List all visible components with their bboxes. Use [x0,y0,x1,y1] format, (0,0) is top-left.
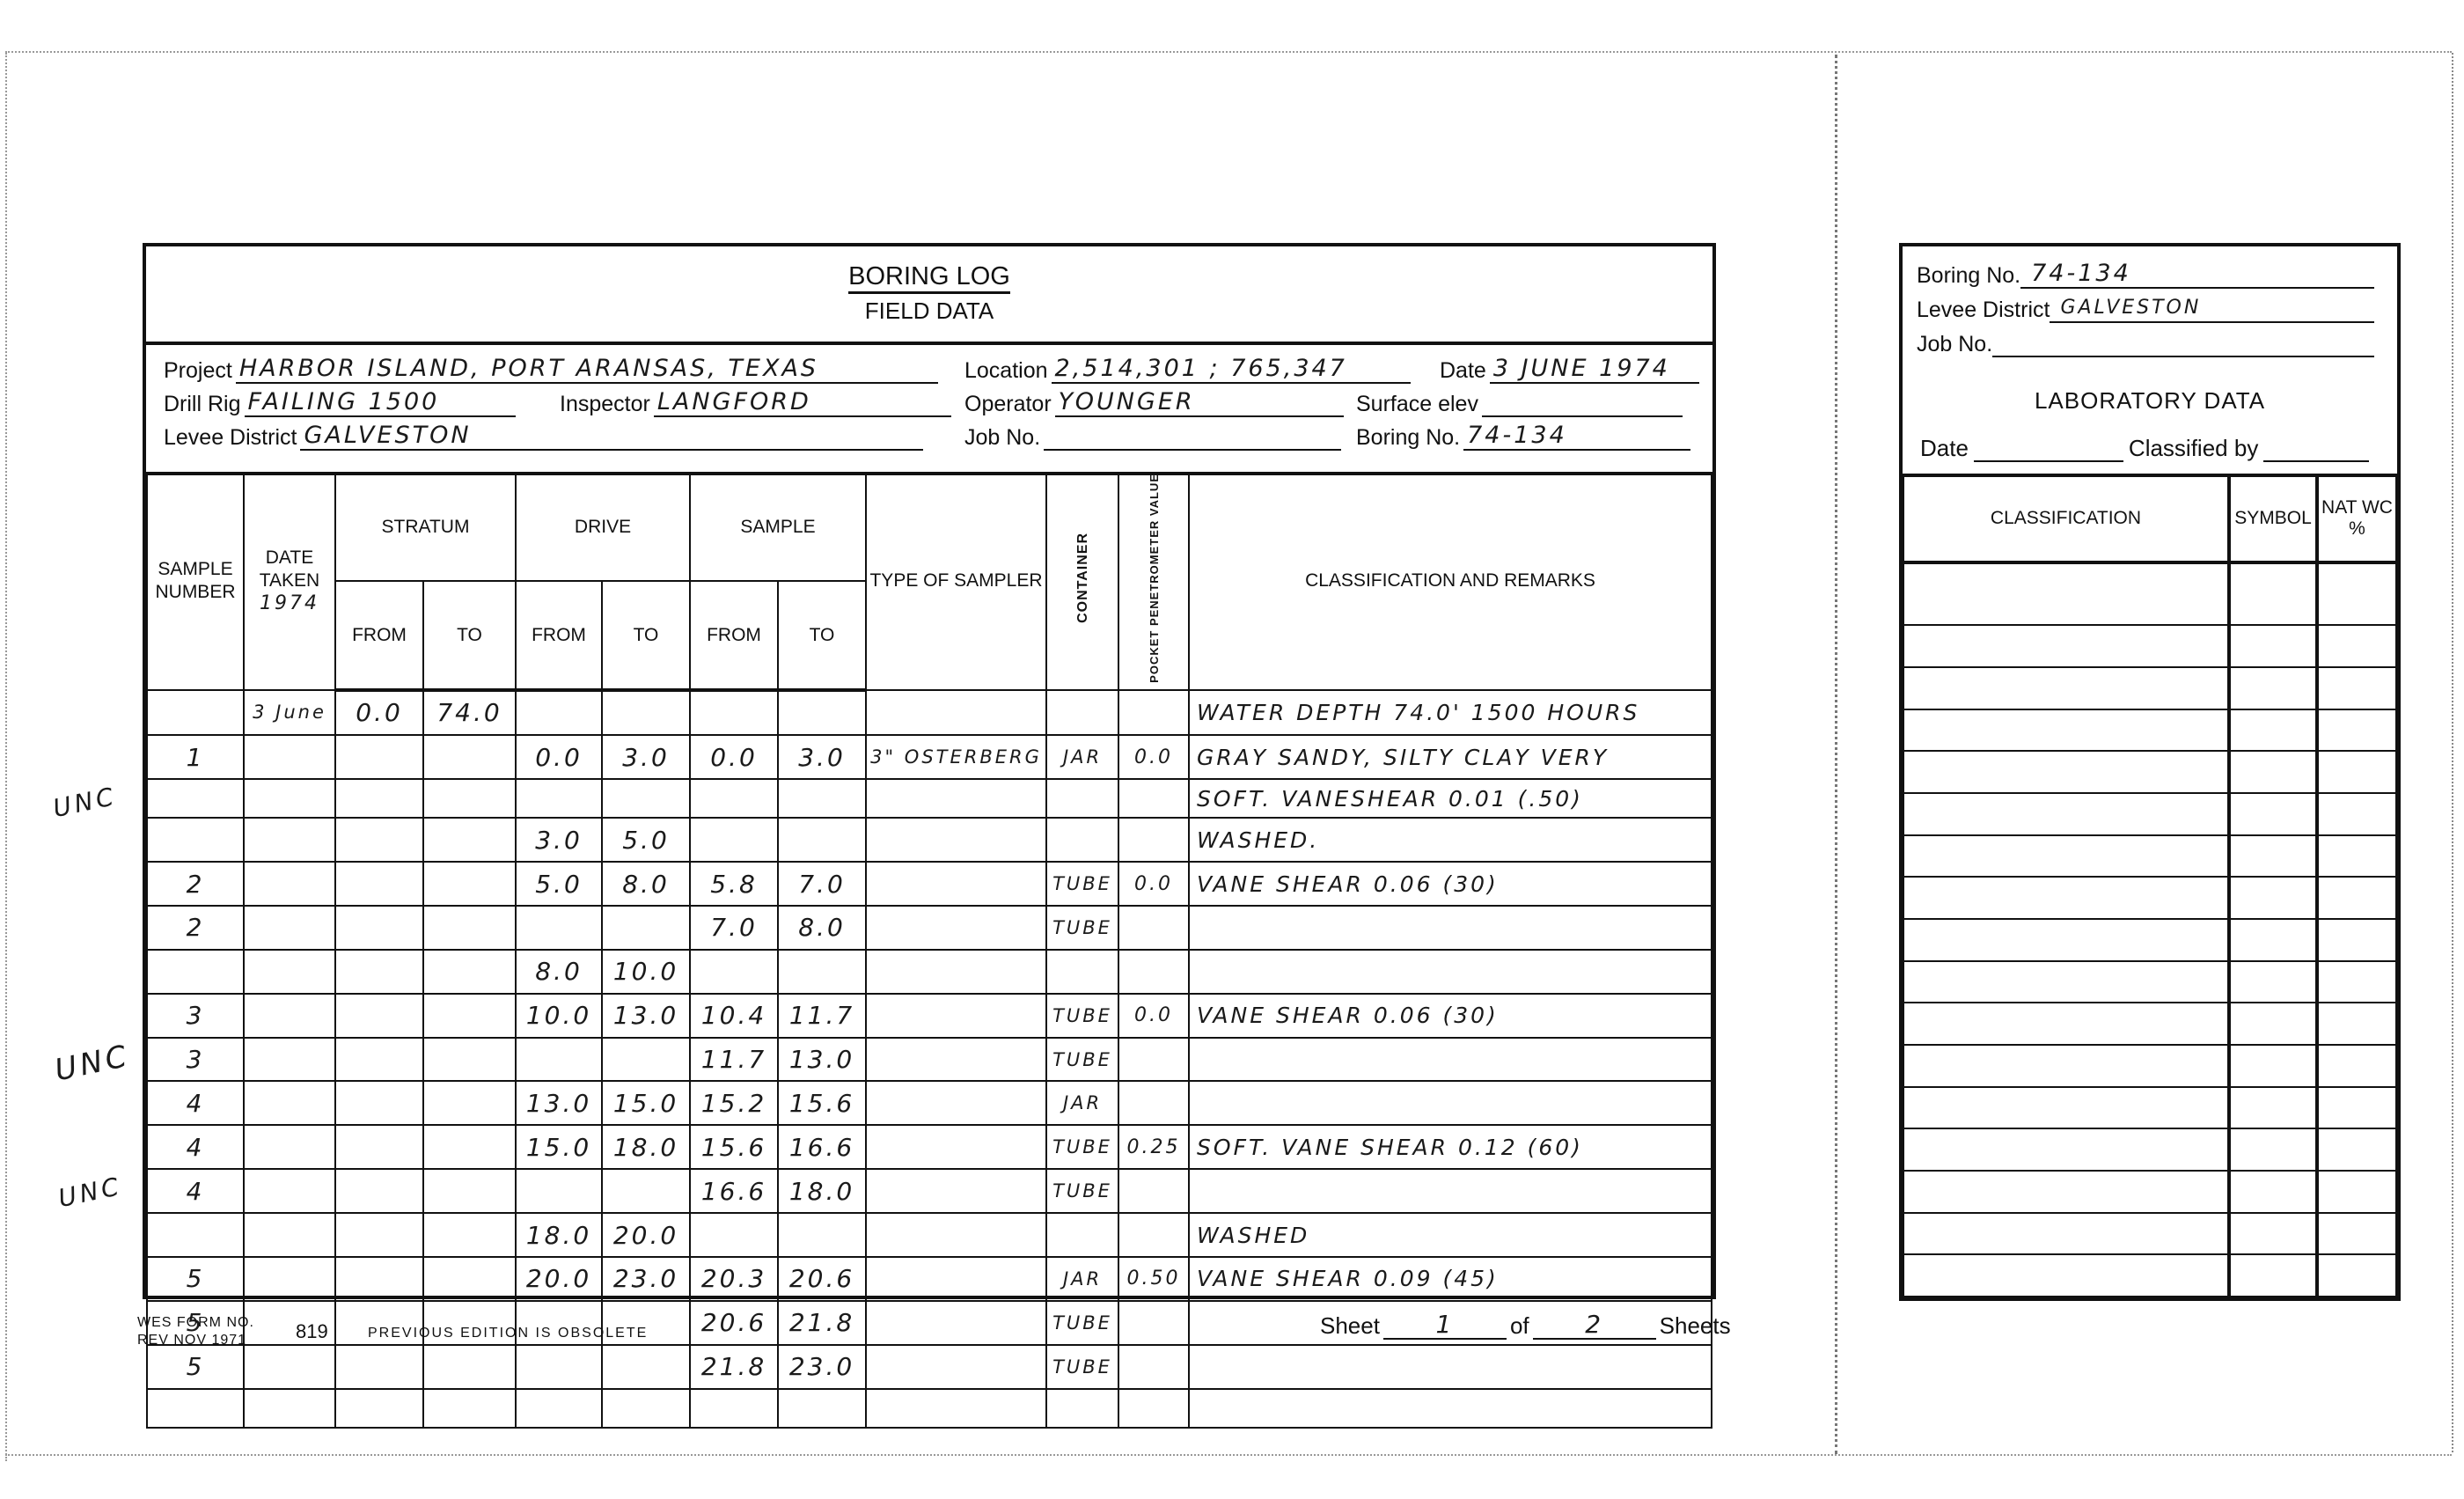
drive-from-cell[interactable] [516,1389,602,1428]
lab-classification-cell[interactable] [1903,835,2229,878]
operator-value[interactable]: YOUNGER [1055,389,1344,417]
location-value[interactable]: 2,514,301 ; 765,347 [1052,356,1411,384]
drive-to-cell[interactable] [602,779,690,818]
sample-from-cell[interactable]: 15.6 [690,1125,778,1169]
drive-from-cell[interactable]: 8.0 [516,950,602,994]
lab-classification-cell[interactable] [1903,562,2229,625]
sample-to-cell[interactable]: 18.0 [778,1169,866,1213]
lab-classification-cell[interactable] [1903,667,2229,709]
lab-job-no-value[interactable] [1992,329,2374,357]
sampler-type-cell[interactable] [866,1213,1046,1257]
drive-from-cell[interactable] [516,779,602,818]
container-cell[interactable]: JAR [1046,1081,1118,1125]
lab-header: Boring No. 74-134 Levee District GALVEST… [1903,246,2397,477]
lab-symbol-cell[interactable] [2229,1254,2317,1297]
edition-note: PREVIOUS EDITION IS OBSOLETE [368,1326,648,1341]
lab-nat-wc-cell[interactable] [2317,709,2396,752]
drive-from-cell[interactable] [516,690,602,735]
stratum-to-cell[interactable] [423,950,516,994]
stratum-from-cell[interactable] [335,1081,423,1125]
sheet-edge-right [2452,53,2453,1452]
sample-from-cell[interactable] [690,818,778,862]
sampler-type-cell[interactable] [866,1257,1046,1301]
stratum-from-cell[interactable] [335,1169,423,1213]
sample-from-cell[interactable]: 0.0 [690,735,778,779]
remarks-cell[interactable]: WATER DEPTH 74.0' 1500 HOURS [1189,690,1712,735]
lab-classification-cell[interactable] [1903,961,2229,1003]
penetrometer-cell[interactable]: 0.0 [1118,735,1189,779]
lab-date-classified-line: Date Classified by [1920,435,2374,462]
lab-symbol-cell[interactable] [2229,667,2317,709]
drive-from-cell[interactable] [516,1169,602,1213]
sample-from-cell[interactable] [690,1213,778,1257]
sample-to-cell[interactable] [778,690,866,735]
job-no-field: Job No. [964,423,1341,451]
lab-nat-wc-cell[interactable] [2317,625,2396,667]
date-taken-cell[interactable] [244,1345,335,1389]
stratum-from-cell[interactable] [335,735,423,779]
sampler-type-cell[interactable] [866,1081,1046,1125]
penetrometer-cell[interactable] [1118,1081,1189,1125]
sample-to-cell[interactable]: 3.0 [778,735,866,779]
drive-from-cell[interactable]: 3.0 [516,818,602,862]
lab-col-nat-wc: NAT WC % [2317,474,2396,562]
stratum-from-cell[interactable] [335,950,423,994]
surface-elev-field: Surface elev [1356,389,1683,417]
penetrometer-cell[interactable] [1118,779,1189,818]
remarks-cell[interactable]: GRAY SANDY, SILTY CLAY VERY [1189,735,1712,779]
lab-classification-cell[interactable] [1903,625,2229,667]
lab-table-row [1903,877,2396,919]
sample-to-cell[interactable] [778,1213,866,1257]
sampler-type-cell[interactable] [866,690,1046,735]
remarks-cell[interactable] [1189,1389,1712,1428]
sample-number-cell[interactable]: 2 [147,862,244,906]
stratum-from-cell[interactable] [335,862,423,906]
lab-classification-cell[interactable] [1903,1213,2229,1255]
sample-number-cell[interactable]: 5 [147,1345,244,1389]
lab-symbol-cell[interactable] [2229,919,2317,961]
container-cell[interactable]: TUBE [1046,1125,1118,1169]
lab-boring-no-value[interactable]: 74-134 [2020,261,2374,289]
sample-number-cell[interactable]: 3 [147,994,244,1038]
remarks-cell[interactable] [1189,1081,1712,1125]
stratum-to-cell[interactable] [423,779,516,818]
lab-nat-wc-cell[interactable] [2317,667,2396,709]
stratum-to-cell[interactable] [423,1213,516,1257]
form-title-area: BORING LOG FIELD DATA [146,246,1712,345]
stratum-to-cell[interactable] [423,1169,516,1213]
table-row: 8.010.0 [147,950,1712,994]
sample-to-cell[interactable]: 11.7 [778,994,866,1038]
drive-to-cell[interactable] [602,690,690,735]
drive-from-cell[interactable] [516,1038,602,1082]
lab-symbol-cell[interactable] [2229,751,2317,793]
date-taken-year: 1974 [260,592,319,614]
lab-table-row [1903,1128,2396,1171]
drive-from-cell[interactable]: 18.0 [516,1213,602,1257]
sampler-type-cell[interactable] [866,1125,1046,1169]
drive-from-cell[interactable]: 13.0 [516,1081,602,1125]
lab-table-row [1903,1254,2396,1297]
lab-nat-wc-cell[interactable] [2317,877,2396,919]
drive-to-cell[interactable] [602,1345,690,1389]
remarks-cell[interactable] [1189,906,1712,950]
lab-symbol-cell[interactable] [2229,1171,2317,1213]
lab-nat-wc-cell[interactable] [2317,1087,2396,1129]
sample-number-cell[interactable]: 3 [147,1038,244,1082]
sample-from-cell[interactable] [690,950,778,994]
sample-to-cell[interactable] [778,950,866,994]
stratum-from-cell[interactable] [335,994,423,1038]
sample-to-cell[interactable] [778,1389,866,1428]
lab-nat-wc-cell[interactable] [2317,1213,2396,1255]
drive-from-cell[interactable]: 15.0 [516,1125,602,1169]
date-taken-cell[interactable] [244,1169,335,1213]
drive-to-cell[interactable]: 15.0 [602,1081,690,1125]
date-taken-cell[interactable] [244,1081,335,1125]
lab-classification-cell[interactable] [1903,751,2229,793]
sampler-type-cell[interactable] [866,906,1046,950]
drive-to-cell[interactable]: 10.0 [602,950,690,994]
lab-symbol-cell[interactable] [2229,1003,2317,1045]
container-cell[interactable]: TUBE [1046,1301,1118,1345]
sampler-type-cell[interactable] [866,950,1046,994]
remarks-cell[interactable]: VANE SHEAR 0.06 (30) [1189,994,1712,1038]
col-sample: SAMPLE [690,473,866,581]
stratum-from-cell[interactable] [335,818,423,862]
project-value[interactable]: HARBOR ISLAND, PORT ARANSAS, TEXAS [236,356,938,384]
remarks-cell[interactable]: VANE SHEAR 0.09 (45) [1189,1257,1712,1301]
lab-classification-cell[interactable] [1903,877,2229,919]
stratum-from-cell[interactable] [335,1038,423,1082]
col-date-taken: DATE TAKEN 1974 [244,473,335,690]
drive-to-cell[interactable] [602,906,690,950]
stratum-to-cell[interactable] [423,735,516,779]
penetrometer-cell[interactable] [1118,1389,1189,1428]
container-cell[interactable]: TUBE [1046,862,1118,906]
container-cell[interactable] [1046,779,1118,818]
penetrometer-cell[interactable] [1118,906,1189,950]
stratum-to-cell[interactable] [423,994,516,1038]
stratum-from-cell[interactable] [335,1389,423,1428]
lab-nat-wc-cell[interactable] [2317,793,2396,835]
sampler-type-cell[interactable] [866,818,1046,862]
lab-classification-cell[interactable] [1903,1254,2229,1297]
drive-from-cell[interactable] [516,906,602,950]
lab-classification-cell[interactable] [1903,1128,2229,1171]
lab-job-no-field: Job No. [1917,329,2374,357]
drive-from-cell[interactable]: 5.0 [516,862,602,906]
date-value[interactable]: 3 JUNE 1974 [1490,356,1699,384]
drive-to-cell[interactable]: 3.0 [602,735,690,779]
lab-nat-wc-cell[interactable] [2317,835,2396,878]
container-cell[interactable] [1046,1213,1118,1257]
lab-classification-cell[interactable] [1903,1003,2229,1045]
stratum-to-cell[interactable] [423,1125,516,1169]
stratum-from-cell[interactable] [335,1257,423,1301]
drive-from-cell[interactable] [516,1345,602,1389]
sample-number-cell[interactable] [147,1213,244,1257]
sample-number-cell[interactable] [147,690,244,735]
date-taken-cell[interactable] [244,735,335,779]
lab-nat-wc-cell[interactable] [2317,961,2396,1003]
col-stratum-from: FROM [335,581,423,689]
drive-to-cell[interactable]: 23.0 [602,1257,690,1301]
date-taken-cell[interactable] [244,862,335,906]
sample-to-cell[interactable]: 7.0 [778,862,866,906]
penetrometer-cell[interactable] [1118,1345,1189,1389]
lab-symbol-cell[interactable] [2229,877,2317,919]
sampler-type-cell[interactable] [866,994,1046,1038]
container-cell[interactable]: TUBE [1046,1038,1118,1082]
sheet-counter: Sheet 1 of 2 Sheets [1320,1312,1731,1340]
sample-to-cell[interactable] [778,818,866,862]
remarks-cell[interactable] [1189,1169,1712,1213]
sample-to-cell[interactable]: 20.6 [778,1257,866,1301]
remarks-cell[interactable] [1189,1038,1712,1082]
stratum-to-cell[interactable] [423,818,516,862]
sample-to-cell[interactable]: 8.0 [778,906,866,950]
table-row: SOFT. VANESHEAR 0.01 (.50) [147,779,1712,818]
container-cell[interactable]: TUBE [1046,906,1118,950]
stratum-to-cell[interactable] [423,1081,516,1125]
sample-from-cell[interactable]: 10.4 [690,994,778,1038]
remarks-cell[interactable]: WASHED. [1189,818,1712,862]
penetrometer-cell[interactable] [1118,1213,1189,1257]
lab-classification-cell[interactable] [1903,709,2229,752]
sample-to-cell[interactable] [778,779,866,818]
sample-from-cell[interactable]: 21.8 [690,1345,778,1389]
lab-classified-by-input[interactable] [2263,437,2369,462]
table-row: 415.018.015.616.6TUBE0.25SOFT. VANE SHEA… [147,1125,1712,1169]
drive-to-cell[interactable]: 13.0 [602,994,690,1038]
lab-symbol-cell[interactable] [2229,961,2317,1003]
drive-to-cell[interactable]: 20.0 [602,1213,690,1257]
stratum-from-cell[interactable] [335,779,423,818]
col-drive: DRIVE [516,473,690,581]
lab-levee-district-value[interactable]: GALVESTON [2050,295,2374,323]
stratum-from-cell[interactable] [335,906,423,950]
date-taken-cell[interactable] [244,779,335,818]
lab-classification-cell[interactable] [1903,793,2229,835]
sample-number-cell[interactable]: 4 [147,1081,244,1125]
lab-symbol-cell[interactable] [2229,835,2317,878]
sampler-type-cell[interactable] [866,862,1046,906]
stratum-from-cell[interactable] [335,1345,423,1389]
container-cell[interactable]: JAR [1046,1257,1118,1301]
penetrometer-cell[interactable]: 0.0 [1118,994,1189,1038]
sample-to-cell[interactable]: 23.0 [778,1345,866,1389]
stratum-to-cell[interactable] [423,906,516,950]
boring-no-value[interactable]: 74-134 [1463,423,1690,451]
table-row: 416.618.0TUBE [147,1169,1712,1213]
table-row [147,1389,1712,1428]
date-taken-cell[interactable] [244,1389,335,1428]
penetrometer-cell[interactable]: 0.50 [1118,1257,1189,1301]
container-cell[interactable] [1046,818,1118,862]
remarks-cell[interactable]: WASHED [1189,1213,1712,1257]
lab-nat-wc-cell[interactable] [2317,1254,2396,1297]
sample-from-cell[interactable] [690,1389,778,1428]
levee-district-value[interactable]: GALVESTON [300,423,923,451]
lab-symbol-cell[interactable] [2229,562,2317,625]
stratum-from-cell[interactable] [335,1125,423,1169]
sample-from-cell[interactable]: 16.6 [690,1169,778,1213]
drive-to-cell[interactable] [602,1389,690,1428]
container-cell[interactable]: TUBE [1046,1345,1118,1389]
remarks-cell[interactable] [1189,1345,1712,1389]
container-cell[interactable]: TUBE [1046,994,1118,1038]
remarks-cell[interactable]: VANE SHEAR 0.06 (30) [1189,862,1712,906]
sample-log-table: SAMPLE NUMBER DATE TAKEN 1974 STRATUM DR… [146,472,1712,1296]
penetrometer-cell[interactable] [1118,1169,1189,1213]
lab-nat-wc-cell[interactable] [2317,1003,2396,1045]
penetrometer-cell[interactable] [1118,1301,1189,1345]
lab-nat-wc-cell[interactable] [2317,1128,2396,1171]
stratum-to-cell[interactable] [423,1257,516,1301]
penetrometer-cell[interactable]: 0.0 [1118,862,1189,906]
remarks-cell[interactable]: SOFT. VANESHEAR 0.01 (.50) [1189,779,1712,818]
container-cell[interactable] [1046,950,1118,994]
sampler-type-cell[interactable] [866,1345,1046,1389]
drive-to-cell[interactable]: 18.0 [602,1125,690,1169]
date-taken-cell[interactable] [244,1213,335,1257]
job-no-value[interactable] [1044,423,1341,451]
laboratory-data-form: Boring No. 74-134 Levee District GALVEST… [1899,243,2401,1301]
sample-to-cell[interactable]: 16.6 [778,1125,866,1169]
date-taken-cell[interactable]: 3 June [244,690,335,735]
date-taken-cell[interactable] [244,906,335,950]
sampler-type-cell[interactable] [866,1301,1046,1345]
sample-from-cell[interactable]: 15.2 [690,1081,778,1125]
sampler-type-cell[interactable]: 3" OSTERBERG [866,735,1046,779]
lab-symbol-cell[interactable] [2229,1087,2317,1129]
lab-classification-cell[interactable] [1903,1045,2229,1087]
sampler-type-cell[interactable] [866,1389,1046,1428]
sampler-type-cell[interactable] [866,779,1046,818]
stratum-to-cell[interactable] [423,862,516,906]
sample-from-cell[interactable]: 5.8 [690,862,778,906]
sample-to-cell[interactable]: 13.0 [778,1038,866,1082]
sample-from-cell[interactable]: 7.0 [690,906,778,950]
sheet-edge-top [5,51,2452,53]
lab-table-row [1903,751,2396,793]
stratum-to-cell[interactable] [423,1389,516,1428]
lab-symbol-cell[interactable] [2229,1128,2317,1171]
drive-to-cell[interactable]: 5.0 [602,818,690,862]
lab-col-symbol: SYMBOL [2229,474,2317,562]
lab-nat-wc-cell[interactable] [2317,562,2396,625]
inspector-field: Inspector LANGFORD [560,389,951,417]
sample-number-cell[interactable] [147,1389,244,1428]
lab-classification-cell[interactable] [1903,919,2229,961]
lab-table-row [1903,562,2396,625]
container-cell[interactable]: JAR [1046,735,1118,779]
drill-rig-value[interactable]: FAILING 1500 [245,389,516,417]
drive-to-cell[interactable]: 8.0 [602,862,690,906]
sample-number-cell[interactable]: 2 [147,906,244,950]
surface-elev-value[interactable] [1482,389,1683,417]
sample-number-cell[interactable] [147,779,244,818]
penetrometer-cell[interactable] [1118,818,1189,862]
col-sample-to: TO [778,581,866,689]
remarks-cell[interactable] [1189,950,1712,994]
lab-symbol-cell[interactable] [2229,1045,2317,1087]
lab-nat-wc-cell[interactable] [2317,919,2396,961]
drive-from-cell[interactable]: 20.0 [516,1257,602,1301]
sample-from-cell[interactable]: 11.7 [690,1038,778,1082]
sheet-total[interactable]: 2 [1533,1312,1656,1340]
sample-number-cell[interactable]: 4 [147,1125,244,1169]
sheet-number[interactable]: 1 [1383,1312,1507,1340]
penetrometer-cell[interactable] [1118,690,1189,735]
date-taken-cell[interactable] [244,1125,335,1169]
sample-number-cell[interactable]: 4 [147,1169,244,1213]
inspector-value[interactable]: LANGFORD [654,389,951,417]
remarks-cell[interactable]: SOFT. VANE SHEAR 0.12 (60) [1189,1125,1712,1169]
lab-nat-wc-cell[interactable] [2317,751,2396,793]
stratum-from-cell[interactable]: 0.0 [335,690,423,735]
project-field: Project HARBOR ISLAND, PORT ARANSAS, TEX… [164,356,938,384]
sampler-type-cell[interactable] [866,1038,1046,1082]
date-taken-cell[interactable] [244,1038,335,1082]
container-cell[interactable] [1046,690,1118,735]
drive-to-cell[interactable] [602,1169,690,1213]
date-taken-cell[interactable] [244,818,335,862]
sample-to-cell[interactable]: 21.8 [778,1301,866,1345]
penetrometer-cell[interactable]: 0.25 [1118,1125,1189,1169]
sample-from-cell[interactable]: 20.3 [690,1257,778,1301]
drive-to-cell[interactable] [602,1038,690,1082]
penetrometer-cell[interactable] [1118,1038,1189,1082]
sample-number-cell[interactable]: 5 [147,1257,244,1301]
drive-from-cell[interactable]: 10.0 [516,994,602,1038]
sample-number-cell[interactable] [147,818,244,862]
lab-date-input[interactable] [1974,437,2123,462]
sample-number-cell[interactable]: 1 [147,735,244,779]
stratum-from-cell[interactable] [335,1213,423,1257]
perforation-line [1835,55,1837,1454]
stratum-to-cell[interactable] [423,1038,516,1082]
lab-classification-cell[interactable] [1903,1171,2229,1213]
lab-symbol-cell[interactable] [2229,625,2317,667]
sampler-type-cell[interactable] [866,1169,1046,1213]
col-stratum: STRATUM [335,473,516,581]
date-taken-cell[interactable] [244,994,335,1038]
sample-number-cell[interactable] [147,950,244,994]
lab-symbol-cell[interactable] [2229,793,2317,835]
lab-symbol-cell[interactable] [2229,709,2317,752]
container-cell[interactable]: TUBE [1046,1169,1118,1213]
stratum-to-cell[interactable]: 74.0 [423,690,516,735]
lab-table-row [1903,625,2396,667]
penetrometer-cell[interactable] [1118,950,1189,994]
sample-to-cell[interactable]: 15.6 [778,1081,866,1125]
lab-symbol-cell[interactable] [2229,1213,2317,1255]
date-taken-cell[interactable] [244,950,335,994]
sample-from-cell[interactable]: 20.6 [690,1301,778,1345]
drive-from-cell[interactable]: 0.0 [516,735,602,779]
sample-from-cell[interactable] [690,690,778,735]
lab-nat-wc-cell[interactable] [2317,1171,2396,1213]
date-taken-cell[interactable] [244,1257,335,1301]
lab-nat-wc-cell[interactable] [2317,1045,2396,1087]
sample-from-cell[interactable] [690,779,778,818]
lab-classification-cell[interactable] [1903,1087,2229,1129]
stratum-to-cell[interactable] [423,1345,516,1389]
container-cell[interactable] [1046,1389,1118,1428]
